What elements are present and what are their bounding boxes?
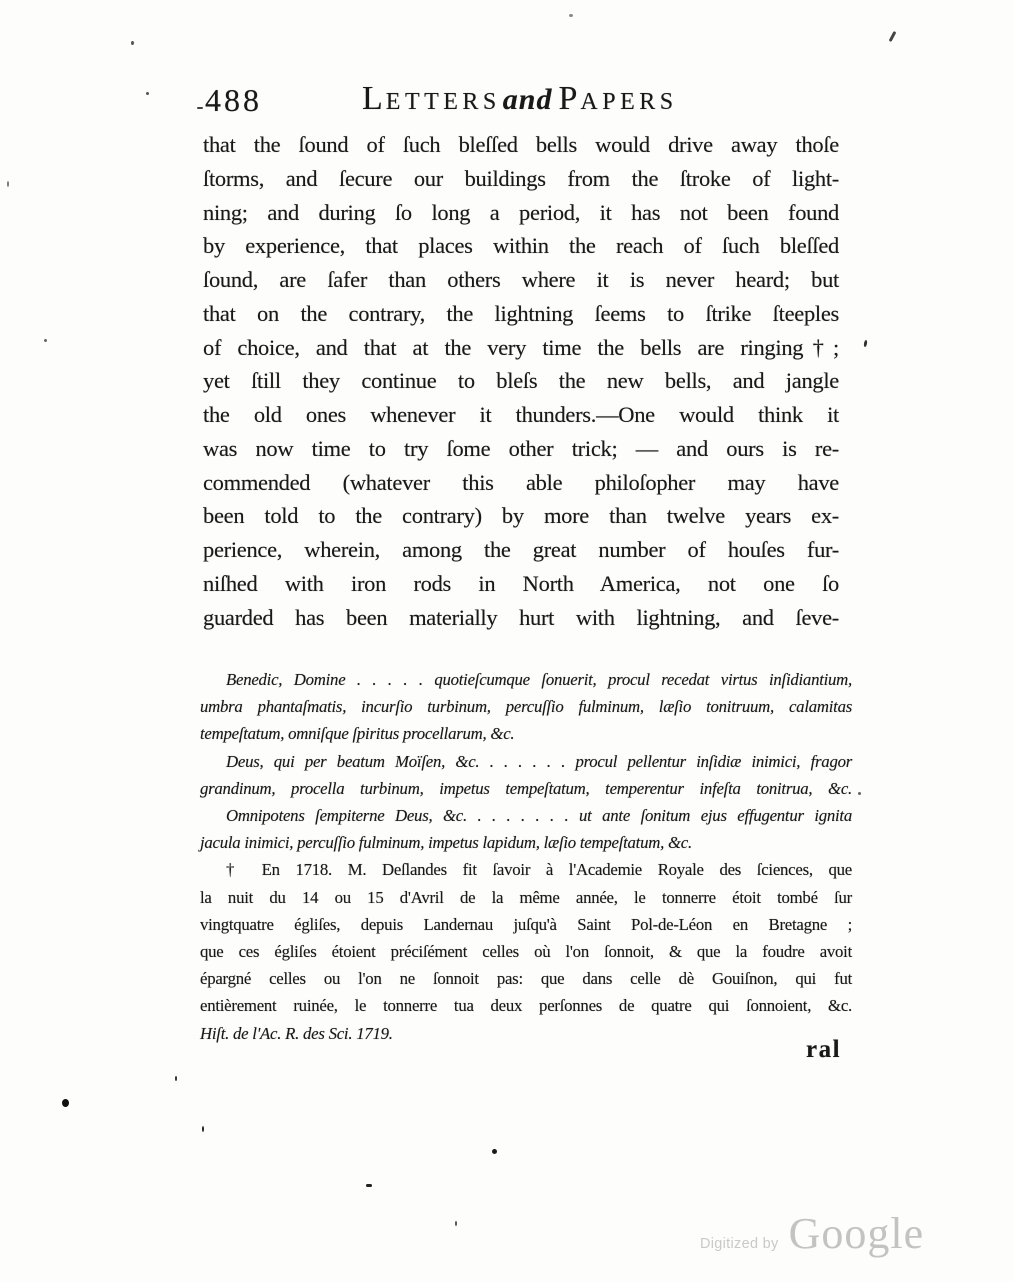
body-line: yet ſtill they continue to bleſs the new… [203, 364, 839, 398]
body-line: by experience, that places within the re… [203, 229, 839, 263]
digitized-by-label: Digitized by [700, 1236, 779, 1252]
ink-speck [202, 1126, 204, 1132]
ink-speck [7, 181, 9, 187]
google-logo: Google [789, 1208, 925, 1259]
footnote-latin-line: umbra phantaſmatis, incurſio turbinum, p… [200, 693, 852, 720]
footnote-french-line: † En 1718. M. Deſlandes fit ſavoir à l'A… [200, 856, 852, 883]
ink-speck [197, 107, 203, 109]
footnote-latin-line: grandinum, procella turbinum, impetus te… [200, 775, 852, 802]
body-line: ſtorms, and ſecure our buildings from th… [203, 162, 839, 196]
ink-speck [858, 792, 861, 795]
running-title: LETTERSandPAPERS [362, 80, 678, 118]
footnote-latin-line: jacula inimici, percuſſio fulminum, impe… [200, 829, 852, 856]
body-line: niſhed with iron rods in North America, … [203, 567, 839, 601]
body-line: ning; and during ſo long a period, it ha… [203, 196, 839, 230]
body-line: guarded has been materially hurt with li… [203, 601, 839, 635]
ink-speck [131, 41, 134, 45]
title-smallcaps: ETTERS [386, 89, 501, 115]
title-initial: P [558, 80, 580, 117]
ink-speck [146, 92, 149, 95]
body-line: been told to the contrary) by more than … [203, 499, 839, 533]
title-initial: L [362, 80, 386, 117]
footnote-french-line: épargné celles ou l'on ne ſonnoit pas: q… [200, 965, 852, 992]
ink-speck [455, 1221, 457, 1226]
footnote-french-line: que ces égliſes étoient préciſément cell… [200, 938, 852, 965]
body-line: that on the contrary, the lightning ſeem… [203, 297, 839, 331]
body-line: commended (whatever this able philoſophe… [203, 466, 839, 500]
footnote-citation: Hiſt. de l'Ac. R. des Sci. 1719. [200, 1020, 852, 1047]
body-text: that the ſound of ſuch bleſſed bells wou… [203, 128, 839, 634]
body-line: that the ſound of ſuch bleſſed bells wou… [203, 128, 839, 162]
footnote-latin-line: tempeſtatum, omniſque ſpiritus procellar… [200, 720, 852, 747]
body-line: the old ones whenever it thunders.—One w… [203, 398, 839, 432]
ink-speck [44, 339, 47, 342]
footnote-french-line: la nuit du 14 ou 15 d'Avril de la même a… [200, 884, 852, 911]
body-line: perience, wherein, among the great numbe… [203, 533, 839, 567]
footnote-latin-line: Benedic, Domine . . . . . quotieſcumque … [200, 666, 852, 693]
body-line: was now time to try ſome other trick; — … [203, 432, 839, 466]
title-conjunction: and [501, 83, 559, 116]
ink-speck [175, 1076, 177, 1081]
page-number: 488 [205, 82, 262, 119]
footnote-french-line: vingtquatre égliſes, depuis Landernau ju… [200, 911, 852, 938]
ink-speck [569, 14, 573, 17]
digitization-watermark: Digitized by Google [700, 1208, 924, 1259]
body-line: ſound, are ſafer than others where it is… [203, 263, 839, 297]
title-smallcaps: APERS [580, 89, 677, 115]
ink-speck [889, 31, 897, 42]
footnote-latin-line: Deus, qui per beatum Moïſen, &c. . . . .… [200, 748, 852, 775]
ink-speck [366, 1184, 372, 1187]
catchword: ral [806, 1036, 841, 1064]
footnote-latin-line: Omnipotens ſempiterne Deus, &c. . . . . … [200, 802, 852, 829]
footnote-french-line: entièrement ruinée, le tonnerre tua deux… [200, 992, 852, 1019]
ink-speck [492, 1149, 497, 1154]
body-line: of choice, and that at the very time the… [203, 331, 839, 365]
footnotes: Benedic, Domine . . . . . quotieſcumque … [200, 666, 852, 1047]
scanned-book-page: 488 LETTERSandPAPERS that the ſound of ſ… [0, 0, 1014, 1282]
ink-speck [62, 1099, 69, 1107]
ink-speck [863, 340, 867, 347]
